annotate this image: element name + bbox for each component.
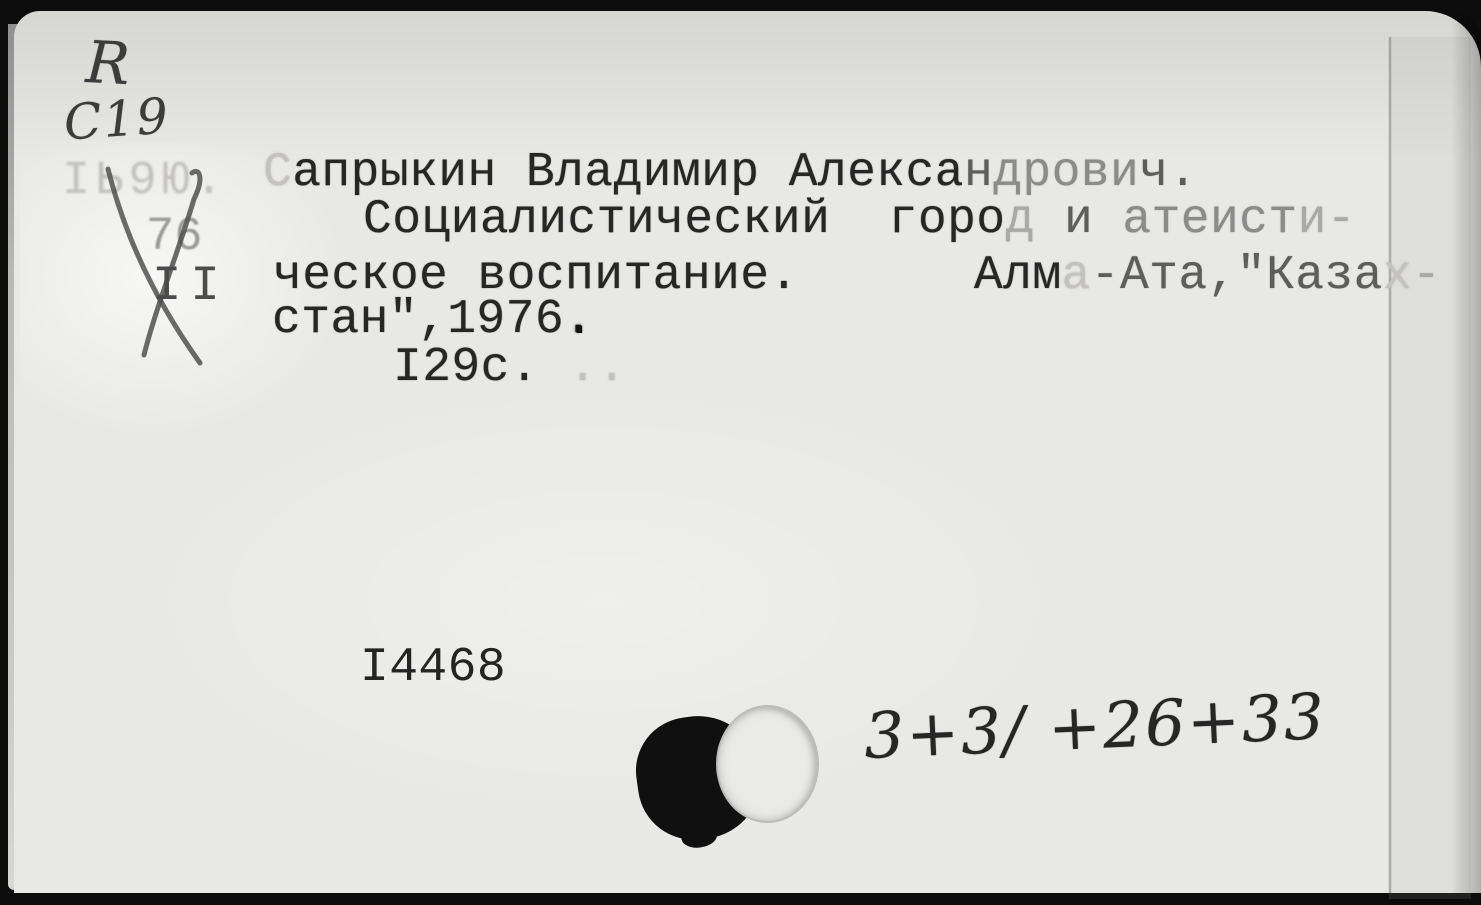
card-right-edge-shade (1451, 11, 1481, 893)
entry-author-line: Сапрыкин Владимир Александрович. (263, 149, 1198, 197)
entry-text-segment: Алм (974, 249, 1062, 303)
entry-text-segment: стан",1976 (272, 293, 564, 347)
entry-text-segment (799, 249, 974, 303)
entry-text-segment: -Ата,"Каза (1091, 249, 1383, 303)
punch-hole (716, 705, 819, 823)
entry-text-segment: и- (1298, 193, 1356, 247)
scanned-catalog-card-photo: { "card": { "corner_marks": { "letter": … (0, 0, 1481, 905)
entry-text-segment: . (564, 293, 593, 347)
entry-text-segment: дрови (993, 146, 1139, 200)
accession-number: I4468 (360, 644, 506, 692)
handwritten-call-number: С19 (62, 91, 171, 147)
entry-text-segment: I29с. (393, 341, 539, 395)
entry-text-segment: - (1412, 249, 1441, 303)
entry-title-line: Социалистический город и атеисти- (363, 196, 1356, 244)
crease-line (1389, 37, 1391, 899)
entry-text-segment: Социалистический горо (363, 193, 1006, 247)
crossout-x-mark-icon (92, 159, 222, 375)
entry-publisher-year-line: стан",1976. (272, 296, 593, 344)
top-shadow (14, 11, 1481, 161)
handwritten-calc-note: 3+3/ +26+33 (863, 685, 1327, 768)
entry-text-segment: .. (539, 341, 627, 395)
entry-text-segment: д (1006, 193, 1035, 247)
handwritten-letter-mark: R (85, 33, 132, 93)
catalog-card: R С19 IЬ9Ю. 76 II Сапрыкин Владимир Алек… (14, 11, 1481, 893)
entry-text-segment: а (1062, 249, 1091, 303)
entry-text-segment: апрыкин Владимир Алекса (292, 146, 964, 200)
entry-pages-line: I29с. .. (393, 344, 627, 392)
entry-text-segment: и (1035, 193, 1093, 247)
entry-text-segment: С (263, 146, 292, 200)
entry-text-segment: атеист (1093, 193, 1297, 247)
entry-text-segment: ч. (1139, 146, 1197, 200)
entry-text-segment: н (964, 146, 993, 200)
entry-text-segment: х (1383, 249, 1412, 303)
